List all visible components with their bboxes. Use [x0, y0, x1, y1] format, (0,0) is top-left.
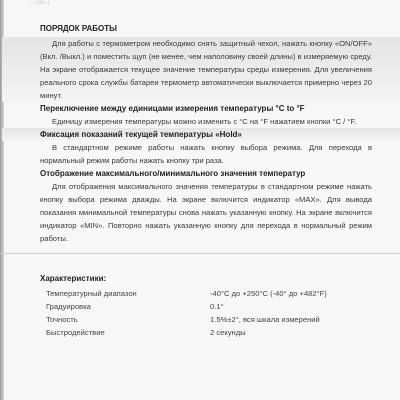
manual-page: ПОРЯДОК РАБОТЫ Для работы с термометром … — [40, 22, 372, 339]
body-maxmin: Для отображения максимального значения т… — [40, 180, 372, 245]
intro-paragraph: Для работы с термометром необходимо снят… — [40, 37, 372, 102]
body-hold: В стандартном режиме работы нажать кнопк… — [40, 141, 372, 167]
scan-shadow-band: Для работы с термометром необходимо снят… — [2, 37, 400, 102]
spec-key: Температурный диапазон — [40, 287, 210, 300]
spec-row: Точность 1.5%±2°, вся шкала измерений — [40, 313, 372, 326]
spec-key: Быстродействие — [40, 326, 210, 339]
heading-maxmin: Отображение максимального/минимального з… — [40, 167, 372, 180]
specs-title: Характеристики: — [40, 272, 372, 285]
spec-value: -40°C до +250°C (-40° до +482°F) — [210, 287, 372, 300]
spec-key: Градуировка — [40, 300, 210, 313]
spec-row: Температурный диапазон -40°C до +250°C (… — [40, 287, 372, 300]
heading-hold: Фиксация показаний текущей температуры «… — [40, 128, 372, 141]
divider — [0, 253, 400, 254]
spec-row: Быстродействие 2 секунды — [40, 326, 372, 339]
spec-value: 1.5%±2°, вся шкала измерений — [210, 313, 372, 326]
section-title: ПОРЯДОК РАБОТЫ — [40, 22, 372, 35]
previous-page-bleed: …(ВБ.) — [30, 0, 370, 14]
specs-table: Температурный диапазон -40°C до +250°C (… — [40, 287, 372, 339]
spec-value: 0.1° — [210, 300, 372, 313]
spec-row: Градуировка 0.1° — [40, 300, 372, 313]
spec-value: 2 секунды — [210, 326, 372, 339]
heading-units: Переключение между единицами измерения т… — [40, 102, 372, 115]
body-units: Единицу измерения температуры можно изме… — [40, 115, 372, 128]
spec-key: Точность — [40, 313, 210, 326]
